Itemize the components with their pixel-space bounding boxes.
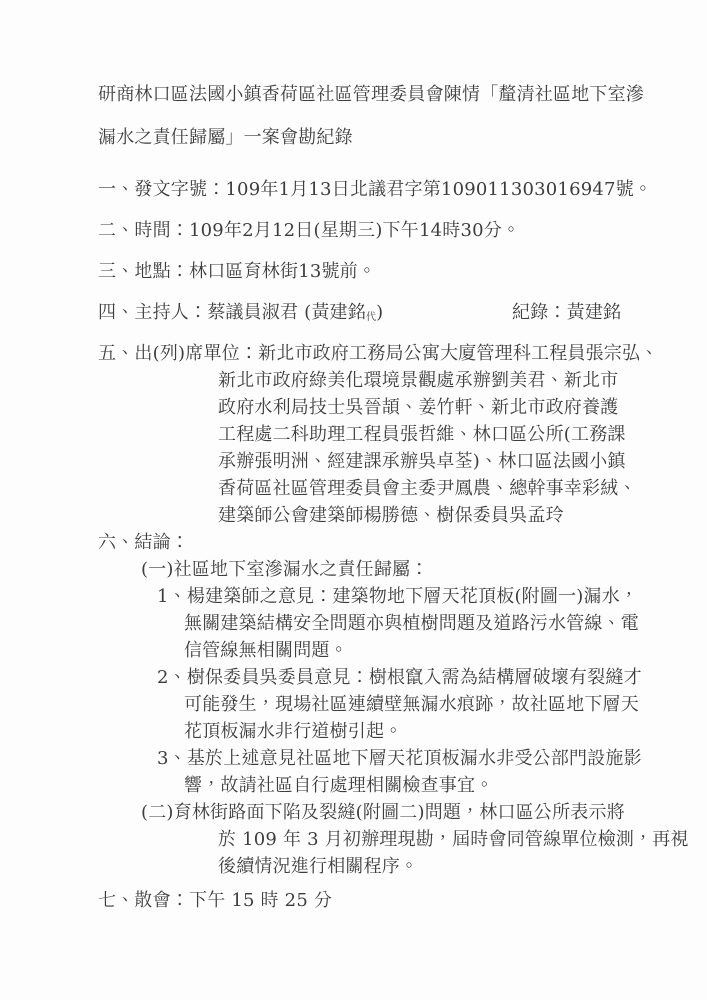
conclusion-point-2-cont: 花頂板漏水非行道樹引起。 — [0, 721, 707, 743]
conclusion-point-3-cont: 響，故請社區自行處理相關檢查事宜。 — [0, 775, 707, 797]
conclusion-section-2-cont: 於 109 年 3 月初辦理現勘，屆時會同管線單位檢測，再視 — [0, 829, 707, 851]
item-location: 三、地點：林口區育林街13號前。 — [0, 261, 707, 283]
item-conclusions-heading: 六、結論： — [0, 532, 707, 554]
conclusion-point-1-cont: 信管線無相關問題。 — [0, 640, 707, 662]
document-title-line-1: 研商林口區法國小鎮香荷區社區管理委員會陳情「釐清社區地下室滲 — [0, 84, 707, 106]
conclusion-point-3: 3、基於上述意見社區地下層天花頂板漏水非受公部門設施影 — [0, 748, 707, 770]
conclusion-section-2: (二)育林街路面下陷及裂縫(附圖二)問題，林口區公所表示將 — [0, 802, 707, 824]
proxy-mark: 代 — [366, 312, 376, 323]
item-attendees-line: 五、出(列)席單位：新北市政府工務局公寓大廈管理科工程員張宗弘、 — [0, 343, 707, 365]
chair-close-paren: ) — [376, 302, 383, 323]
conclusion-section-1-heading: (一)社區地下室滲漏水之責任歸屬： — [0, 559, 707, 581]
item-adjournment: 七、散會：下午 15 時 25 分 — [0, 890, 707, 912]
item-attendees-line: 新北市政府綠美化環境景觀處承辦劉美君、新北市 — [0, 370, 707, 392]
conclusion-point-1-cont: 無關建築結構安全問題亦與植樹問題及道路污水管線、電 — [0, 613, 707, 635]
recorder-text: 紀錄：黃建銘 — [512, 302, 621, 324]
item-attendees-line: 工程處二科助理工程員張哲維、林口區公所(工務課 — [0, 424, 707, 446]
conclusion-section-2-cont: 後續情況進行相關程序。 — [0, 856, 707, 878]
document-title-line-2: 漏水之責任歸屬」一案會勘紀錄 — [0, 127, 707, 149]
item-attendees-line: 建築師公會建築師楊勝德、樹保委員吳孟玲 — [0, 505, 707, 527]
item-attendees-line: 香荷區社區管理委員會主委尹鳳農、總幹事幸彩絨、 — [0, 478, 707, 500]
conclusion-point-2-cont: 可能發生，現場社區連續壁無漏水痕跡，故社區地下層天 — [0, 694, 707, 716]
item-attendees-line: 政府水利局技士吳晉頡、姜竹軒、新北市政府養護 — [0, 397, 707, 419]
conclusion-point-1: 1、楊建築師之意見：建築物地下層天花頂板(附圖一)漏水， — [0, 586, 707, 608]
chair-text: 四、主持人：蔡議員淑君 (黃建銘代) — [98, 302, 383, 323]
item-time: 二、時間：109年2月12日(星期三)下午14時30分。 — [0, 220, 707, 242]
meeting-minutes-page: 研商林口區法國小鎮香荷區社區管理委員會陳情「釐清社區地下室滲 漏水之責任歸屬」一… — [0, 0, 707, 1000]
item-dispatch-number: 一、發文字號：109年1月13日北議君字第109011303016947號。 — [0, 179, 707, 201]
conclusion-point-2: 2、樹保委員吳委員意見：樹根竄入需為結構層破壞有裂縫才 — [0, 667, 707, 689]
chair-prefix: 四、主持人：蔡議員淑君 (黃建銘 — [98, 302, 366, 323]
item-attendees-line: 承辦張明洲、經建課承辦吳卓荃)、林口區法國小鎮 — [0, 451, 707, 473]
item-chair-and-recorder: 四、主持人：蔡議員淑君 (黃建銘代) 紀錄：黃建銘 — [0, 302, 707, 324]
